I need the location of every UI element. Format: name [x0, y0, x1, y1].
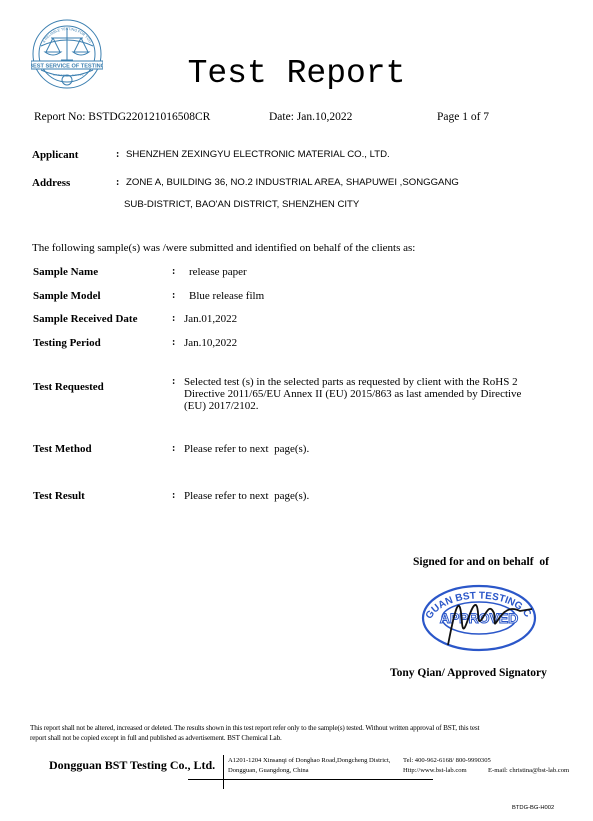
test-method-colon: : — [172, 443, 175, 454]
testing-period-colon: : — [172, 337, 175, 348]
test-result-label: Test Result — [33, 490, 85, 502]
applicant-label: Applicant — [32, 149, 78, 161]
signatory-name: Tony Qian/ Approved Signatory — [390, 667, 547, 679]
address-label: Address — [32, 177, 70, 189]
test-requested-line-1: Selected test (s) in the selected parts … — [184, 376, 544, 388]
applicant-value: SHENZHEN ZEXINGYU ELECTRONIC MATERIAL CO… — [126, 149, 390, 160]
sample-model-value: Blue release film — [189, 290, 264, 302]
page-indicator: Page 1 of 7 — [437, 111, 489, 123]
sample-received-date-colon: : — [172, 313, 175, 324]
approved-stamp-icon: DONGGUAN BST TESTING CO.,LTD APPROVED — [420, 583, 538, 653]
sample-name-value: release paper — [189, 266, 247, 278]
footer-address: A1201-1204 Xinsanqi of Donghao Road,Dong… — [228, 756, 390, 775]
test-requested-label: Test Requested — [33, 381, 104, 393]
test-result-value: Please refer to next page(s). — [184, 490, 309, 502]
report-date: Date: Jan.10,2022 — [269, 111, 352, 123]
test-method-label: Test Method — [33, 443, 92, 455]
sample-model-colon: : — [172, 290, 175, 301]
disclaimer-line-1: This report shall not be altered, increa… — [30, 724, 570, 734]
footer-contact: Tel: 400-962-6168/ 800-9990305 Http://ww… — [403, 756, 569, 775]
address-colon: : — [116, 177, 119, 188]
sample-received-date-value: Jan.01,2022 — [184, 313, 237, 325]
footer-address-line-1: A1201-1204 Xinsanqi of Donghao Road,Dong… — [228, 756, 390, 766]
address-line-2: SUB-DISTRICT, BAO'AN DISTRICT, SHENZHEN … — [124, 199, 359, 210]
test-requested-line-2: Directive 2011/65/EU Annex II (EU) 2015/… — [184, 388, 544, 400]
test-method-value: Please refer to next page(s). — [184, 443, 309, 455]
test-result-colon: : — [172, 490, 175, 501]
disclaimer-line-2: report shall not be copied except in ful… — [30, 734, 570, 744]
testing-period-label: Testing Period — [33, 337, 101, 349]
address-line-1: ZONE A, BUILDING 36, NO.2 INDUSTRIAL ARE… — [126, 177, 459, 188]
test-requested-value: Selected test (s) in the selected parts … — [184, 376, 544, 412]
form-code: BTDG-BG-H002 — [512, 805, 554, 811]
page-title: Test Report — [0, 55, 593, 92]
applicant-colon: : — [116, 149, 119, 160]
report-number: Report No: BSTDG220121016508CR — [34, 111, 210, 123]
footer-divider-vertical — [223, 755, 224, 789]
sample-model-label: Sample Model — [33, 290, 101, 302]
footer-website-link[interactable]: Http://www.bst-lab.com — [403, 767, 467, 774]
sample-name-colon: : — [172, 266, 175, 277]
footer-tel: Tel: 400-962-6168/ 800-9990305 — [403, 756, 569, 766]
sample-received-date-label: Sample Received Date — [33, 313, 137, 325]
sample-intro: The following sample(s) was /were submit… — [32, 242, 415, 254]
signature-heading: Signed for and on behalf of — [413, 556, 549, 568]
disclaimer: This report shall not be altered, increa… — [30, 724, 570, 743]
testing-period-value: Jan.10,2022 — [184, 337, 237, 349]
test-requested-colon: : — [172, 376, 175, 387]
footer-email-link[interactable]: E-mail: christina@bst-lab.com — [488, 767, 569, 774]
footer-company-name: Dongguan BST Testing Co., Ltd. — [49, 758, 215, 773]
approved-stamp: DONGGUAN BST TESTING CO.,LTD APPROVED — [420, 583, 538, 653]
test-requested-line-3: (EU) 2017/2102. — [184, 400, 544, 412]
footer-address-line-2: Dongguan, Guangdong, China — [228, 766, 390, 776]
footer-divider-horizontal — [188, 779, 433, 780]
sample-name-label: Sample Name — [33, 266, 98, 278]
